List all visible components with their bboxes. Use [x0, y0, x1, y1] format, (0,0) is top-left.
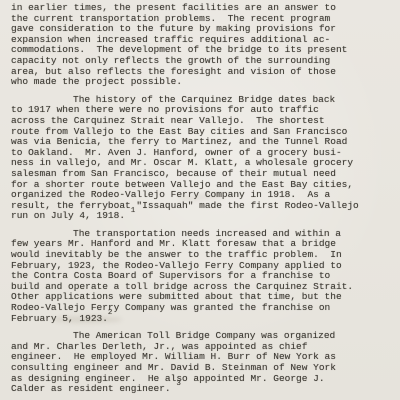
- footnote-marker: 1: [131, 207, 136, 215]
- text-line: capacity not only reflects the growth of…: [11, 56, 392, 67]
- typewritten-text-block: in earlier times, the present facilities…: [11, 3, 392, 395]
- text-line: in earlier times, the present facilities…: [11, 3, 392, 14]
- paragraph-3: The transportation needs increased and w…: [11, 229, 392, 324]
- text-line: consulting engineer and Mr. David B. Ste…: [11, 363, 392, 374]
- footnote-marker: 3: [176, 380, 181, 388]
- paragraph-2: The history of the Carquinez Bridge date…: [11, 95, 392, 222]
- text-line: across the Carquinez Strait near Vallejo…: [11, 116, 392, 127]
- text-line: February 5, 1923.2: [11, 314, 392, 325]
- footnote-marker: 2: [108, 309, 113, 317]
- document-page: in earlier times, the present facilities…: [0, 0, 400, 400]
- text-line: who made the project possible.: [11, 77, 392, 88]
- text-line: salesman from San Francisco, because of …: [11, 169, 392, 180]
- text-line: run on July 4, 1918. 1: [11, 211, 392, 222]
- text-line: Calder as resident engineer. 3: [11, 384, 392, 395]
- paragraph-4: The American Toll Bridge Company was org…: [11, 331, 392, 395]
- paragraph-1: in earlier times, the present facilities…: [11, 3, 392, 88]
